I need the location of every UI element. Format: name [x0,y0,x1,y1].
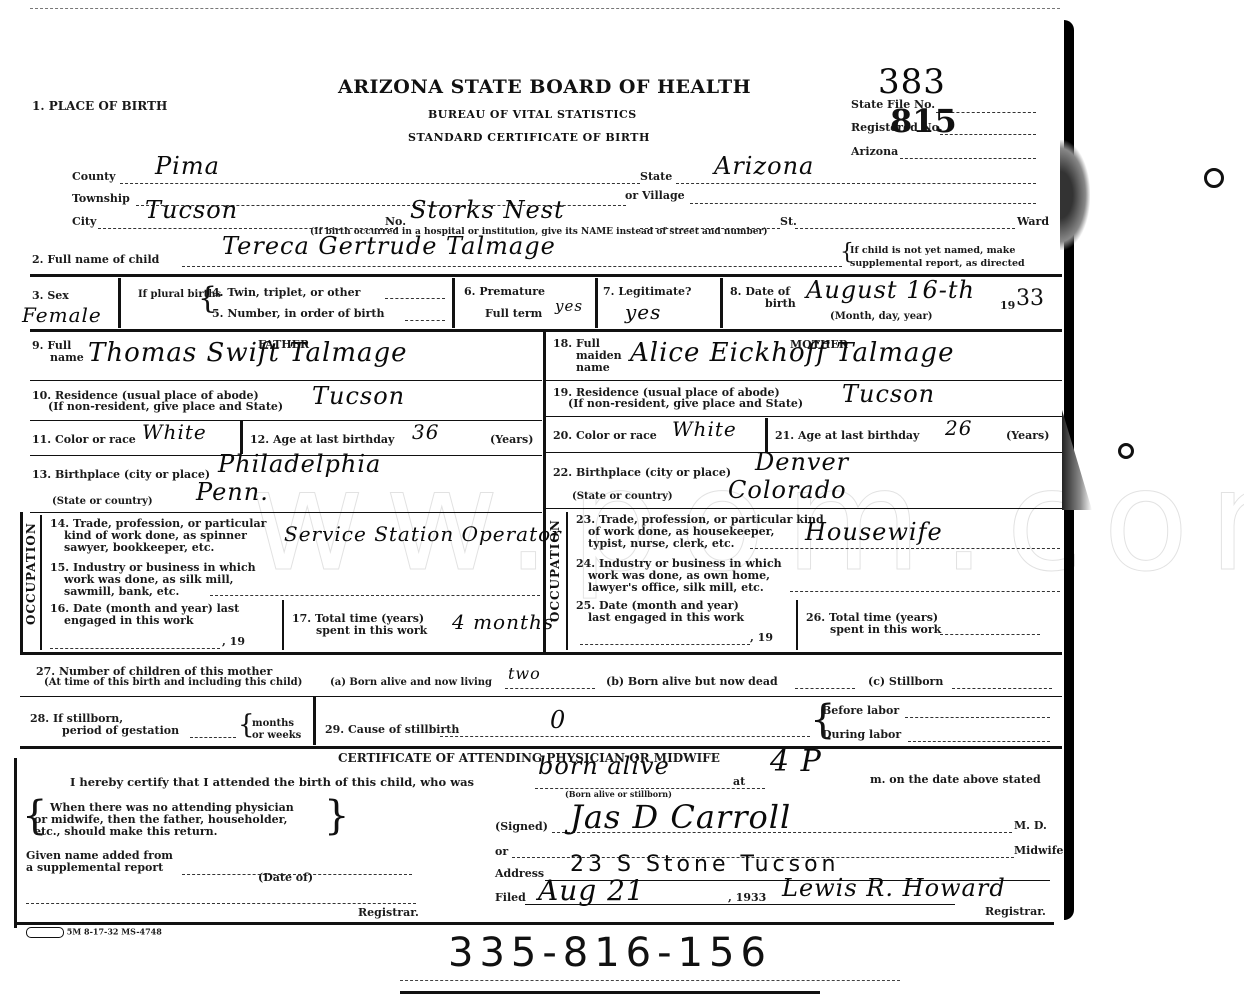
county-value: Pima [155,152,220,180]
state-file-number: 383 [878,62,946,102]
given-name-label: Given name added from [26,850,173,862]
months-label: months [252,719,294,730]
punch-hole-icon [1204,168,1224,188]
no-physician-note-2: or midwife, then the father, householder… [34,814,287,826]
father-total-time-label: 17. Total time (years) spent in this wor… [292,613,427,637]
scan-shadow [1060,140,1090,250]
place-of-birth-heading: 1. PLACE OF BIRTH [32,100,167,113]
mother-time-label-line: spent in this work [806,624,941,636]
full-term-label: Full term [485,308,542,320]
born-dead-label: (b) Born alive but now dead [606,676,778,688]
signed-label: (Signed) [495,821,548,833]
mother-residence-value: Tucson [842,380,935,408]
punch-hole-icon [1118,443,1134,459]
mother-total-time-label: 26. Total time (years) spent in this wor… [806,612,941,636]
mother-age-label: 21. Age at last birthday [775,430,919,442]
father-industry-label: 15. Industry or business in which work w… [50,562,256,598]
bureau-name: BUREAU OF VITAL STATISTICS [428,108,637,121]
father-name-label: 9. Full [32,340,71,352]
mother-date-engaged-label: 25. Date (month and year) last engaged i… [576,600,744,624]
village-label: or Village [625,190,685,202]
dob-hint: (Month, day, year) [830,312,933,323]
mother-state-label: (State or country) [572,492,673,503]
child-name-label: 2. Full name of child [32,254,159,266]
dob-label-2: birth [765,298,796,310]
father-date-year-prefix: , 19 [222,636,245,648]
father-state-value: Penn. [196,478,269,506]
mother-state-value: Colorado [728,476,847,504]
father-age-unit: (Years) [490,434,533,446]
mother-industry-label-line: lawyer's office, silk mill, etc. [576,582,782,594]
mother-birthplace-value: Denver [755,448,849,476]
state-label: State [640,171,672,183]
mother-occupation-heading: OCCUPATION [548,519,562,622]
filed-date: Aug 21 [538,874,645,907]
mother-name-label: 18. Full [553,338,600,350]
city-label: City [72,216,96,228]
father-residence-label-2: (If non-resident, give place and State) [48,401,283,413]
father-name-value: Thomas Swift Talmage [88,338,408,368]
or-label: or [495,846,508,858]
mother-date-label-line: last engaged in this work [576,612,744,624]
township-label: Township [72,193,130,205]
mother-race-value: White [672,417,737,441]
dob-value: August 16-th [806,276,975,304]
street-label: St. [780,216,797,228]
born-status-value: born alive [538,752,670,780]
unnamed-note-1: If child is not yet named, make [850,246,1015,256]
father-trade-label: 14. Trade, profession, or particular kin… [50,518,266,554]
handwritten-file-number: 335-816-156 [448,930,772,976]
father-state-label: (State or country) [52,497,153,508]
document-title: ARIZONA STATE BOARD OF HEALTH [338,76,751,98]
mother-residence-label-2: (If non-resident, give place and State) [568,398,803,410]
birth-certificate: ww.pom.com 1. PLACE OF BIRTH ARIZONA STA… [0,0,1244,1005]
filed-year: , 1933 [728,892,766,904]
registrar-signature: Lewis R. Howard [782,874,1006,902]
father-date-engaged-label: 16. Date (month and year) last engaged i… [50,603,239,627]
twin-label: 4. Twin, triplet, or other [212,287,360,299]
mother-date-year-prefix: , 19 [750,632,773,644]
mother-trade-value: Housewife [805,518,943,546]
father-age-label: 12. Age at last birthday [250,434,394,446]
dob-year-prefix: 19 [1000,300,1015,312]
address-label: Address [495,868,544,880]
father-occupation-heading: OCCUPATION [24,522,38,625]
legitimate-label: 7. Legitimate? [603,286,691,298]
mother-birthplace-label: 22. Birthplace (city or place) [553,467,731,479]
stillborn-period-label-2: period of gestation [62,725,179,737]
arizona-label: Arizona [851,146,898,158]
ward-label: Ward [1017,216,1049,228]
sex-value: Female [22,303,102,327]
children-count-label: 27. Number of children of this mother [36,666,272,678]
brace-icon: } [324,796,349,836]
mother-age-value: 26 [945,416,972,440]
city-value: Tucson [145,196,238,224]
stillborn-period-label: 28. If stillborn, [30,713,123,725]
midwife-label: Midwife [1014,845,1063,857]
registrar-label-right: Registrar. [985,906,1046,918]
during-labor-label: During labor [822,729,901,741]
county-label: County [72,171,116,183]
father-trade-label-line: sawyer, bookkeeper, etc. [50,542,266,554]
sex-label: 3. Sex [32,290,69,302]
certify-text: I hereby certify that I attended the bir… [70,776,474,788]
state-value: Arizona [714,152,814,180]
stillbirth-cause-label: 29. Cause of stillbirth [325,724,459,736]
street-number-label: No. [385,216,406,228]
given-name-label-2: a supplemental report [26,862,163,874]
no-physician-note-3: etc., should make this return. [34,826,217,838]
birth-order-label: 5. Number, in order of birth [212,308,384,320]
no-physician-note-1: When there was no attending physician [50,802,294,814]
born-alive-value: two [508,664,541,683]
full-term-value: yes [555,297,583,315]
street-number-value: Storks Nest [410,196,565,224]
mother-name-label-3: name [576,362,610,374]
mother-name-value: Alice Eickhoff Talmage [630,338,954,368]
birth-time-value: 4 P [770,744,822,779]
physician-signature: Jas D Carroll [570,798,791,836]
mother-race-label: 20. Color or race [553,430,657,442]
father-race-value: White [142,420,207,444]
father-birthplace-label: 13. Birthplace (city or place) [32,469,210,481]
mother-trade-label: 23. Trade, profession, or particular kin… [576,514,824,550]
premature-label: 6. Premature [464,286,545,298]
printer-logo-icon [26,927,64,938]
father-trade-value: Service Station Operator [284,522,562,546]
father-date-label-line: engaged in this work [50,615,239,627]
certificate-type: STANDARD CERTIFICATE OF BIRTH [408,131,650,144]
md-label: M. D. [1014,820,1047,832]
date-of-label: (Date of) [258,872,313,884]
registrar-label-left: Registrar. [358,907,419,919]
father-race-label: 11. Color or race [32,434,136,446]
father-name-label-2: name [50,352,84,364]
father-industry-label-line: sawmill, bank, etc. [50,586,256,598]
legitimate-value: yes [625,300,661,324]
child-name-value: Tereca Gertrude Talmage [222,232,556,260]
print-code-text: 5M 8-17-32 MS-4748 [67,927,162,937]
father-time-label-line: spent in this work [292,625,427,637]
filed-label: Filed [495,892,526,904]
dob-year-value: 33 [1016,286,1044,311]
mother-industry-label: 24. Industry or business in which work w… [576,558,782,594]
stillborn-label: (c) Stillborn [868,676,943,688]
father-total-time-value: 4 months [452,610,554,634]
weeks-label: or weeks [252,731,301,742]
father-age-value: 36 [412,420,439,444]
children-count-label-2: (At time of this birth and including thi… [44,678,302,689]
before-labor-label: Before labor [822,705,899,717]
mother-age-unit: (Years) [1006,430,1049,442]
stillbirth-cause-value: 0 [550,706,566,734]
father-birthplace-value: Philadelphia [218,450,381,478]
mother-name-label-2: maiden [576,350,622,362]
at-label: at [733,776,745,788]
born-alive-label: (a) Born alive and now living [330,678,492,689]
registered-number: 815 [890,102,957,140]
unnamed-note-2: supplemental report, as directed [850,259,1025,269]
print-code: 5M 8-17-32 MS-4748 [26,927,162,938]
dob-label: 8. Date of [730,286,790,298]
father-residence-value: Tucson [312,382,405,410]
time-suffix: m. on the date above stated [870,774,1041,786]
